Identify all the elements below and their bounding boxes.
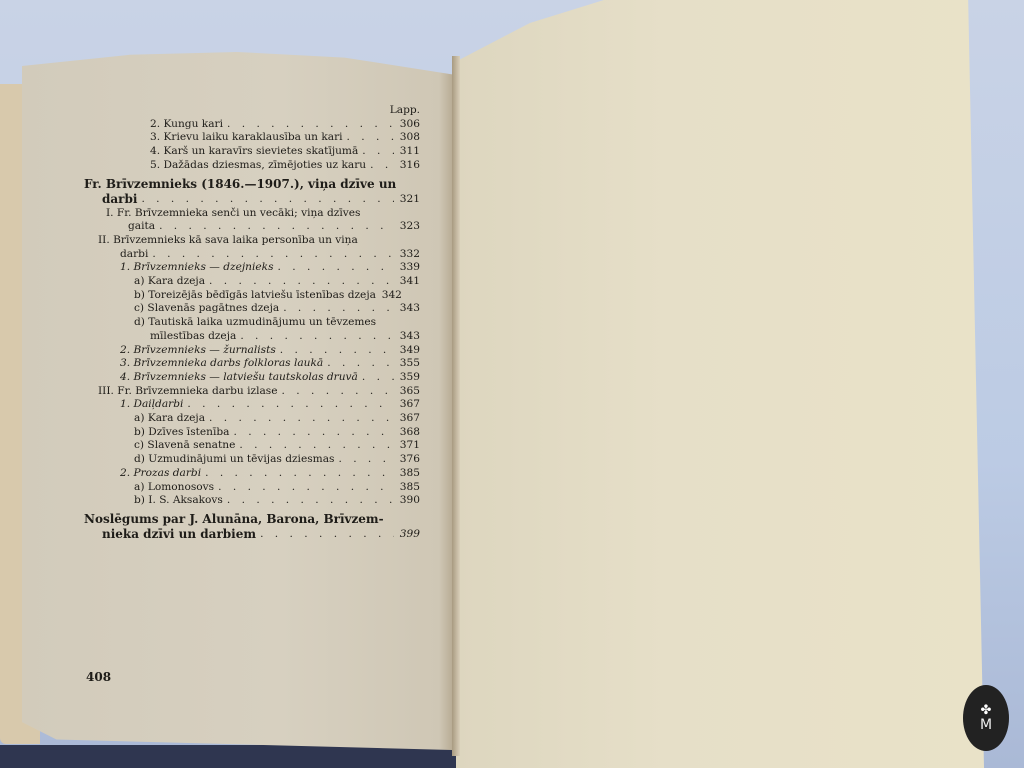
right-page-blank [456,0,984,768]
toc-entry: I. Fr. Brīvzemnieka senči un vecāki; viņ… [84,207,420,234]
page-number: 408 [86,670,111,684]
toc-entry: 2. Brīvzemnieks — žurnalists349 [84,344,420,358]
toc-entry: 4. Brīvzemnieks — latviešu tautskolas dr… [84,371,420,385]
watermark-logo: ✤ M [963,685,1009,751]
toc-chapter: Noslēgums par J. Alunāna, Barona, Brīvze… [84,512,420,542]
toc-entry: d) Tautiskā laika uzmudinājumu un tēvzem… [84,316,420,343]
toc-entry: 3. Krievu laiku karaklausība un kari308 [84,131,420,145]
toc-header: Lapp. [84,104,420,118]
toc-entry: d) Uzmudinājumi un tēvijas dziesmas376 [84,453,420,467]
toc-entry: a) Kara dzeja341 [84,275,420,289]
toc-entry: 2. Kungu kari306 [84,118,420,132]
toc-entry: 1. Brīvzemnieks — dzejnieks339 [84,261,420,275]
toc-entry: 4. Karš un karavīrs sievietes skatījumā3… [84,145,420,159]
toc-entry: 5. Dažādas dziesmas, zīmējoties uz karu3… [84,159,420,173]
toc-entry: a) Kara dzeja367 [84,412,420,426]
toc-chapter: Fr. Brīvzemnieks (1846.—1907.), viņa dzī… [84,177,420,207]
toc-entry: c) Slavenā senatne371 [84,439,420,453]
toc-entry: b) I. S. Aksakovs390 [84,494,420,508]
toc-entry: c) Slavenās pagātnes dzeja343 [84,302,420,316]
toc-entry: III. Fr. Brīvzemnieka darbu izlase365 [84,385,420,399]
watermark-letter: M [980,718,992,732]
book-gutter [452,56,460,756]
toc-entry: 2. Prozas darbi385 [84,467,420,481]
flower-emblem-icon: ✤ [981,704,992,718]
toc-entry: a) Lomonosovs385 [84,481,420,495]
toc-entry: b) Toreizējās bēdīgās latviešu īstenības… [84,289,420,303]
toc-entry: 1. Daiļdarbi367 [84,398,420,412]
toc-entry: II. Brīvzemnieks kā sava laika personība… [84,234,420,261]
toc-entry: 3. Brīvzemnieka darbs folkloras laukā355 [84,357,420,371]
toc-entry: b) Dzīves īstenība368 [84,426,420,440]
table-of-contents: Lapp. 2. Kungu kari306 3. Krievu laiku k… [84,104,420,542]
